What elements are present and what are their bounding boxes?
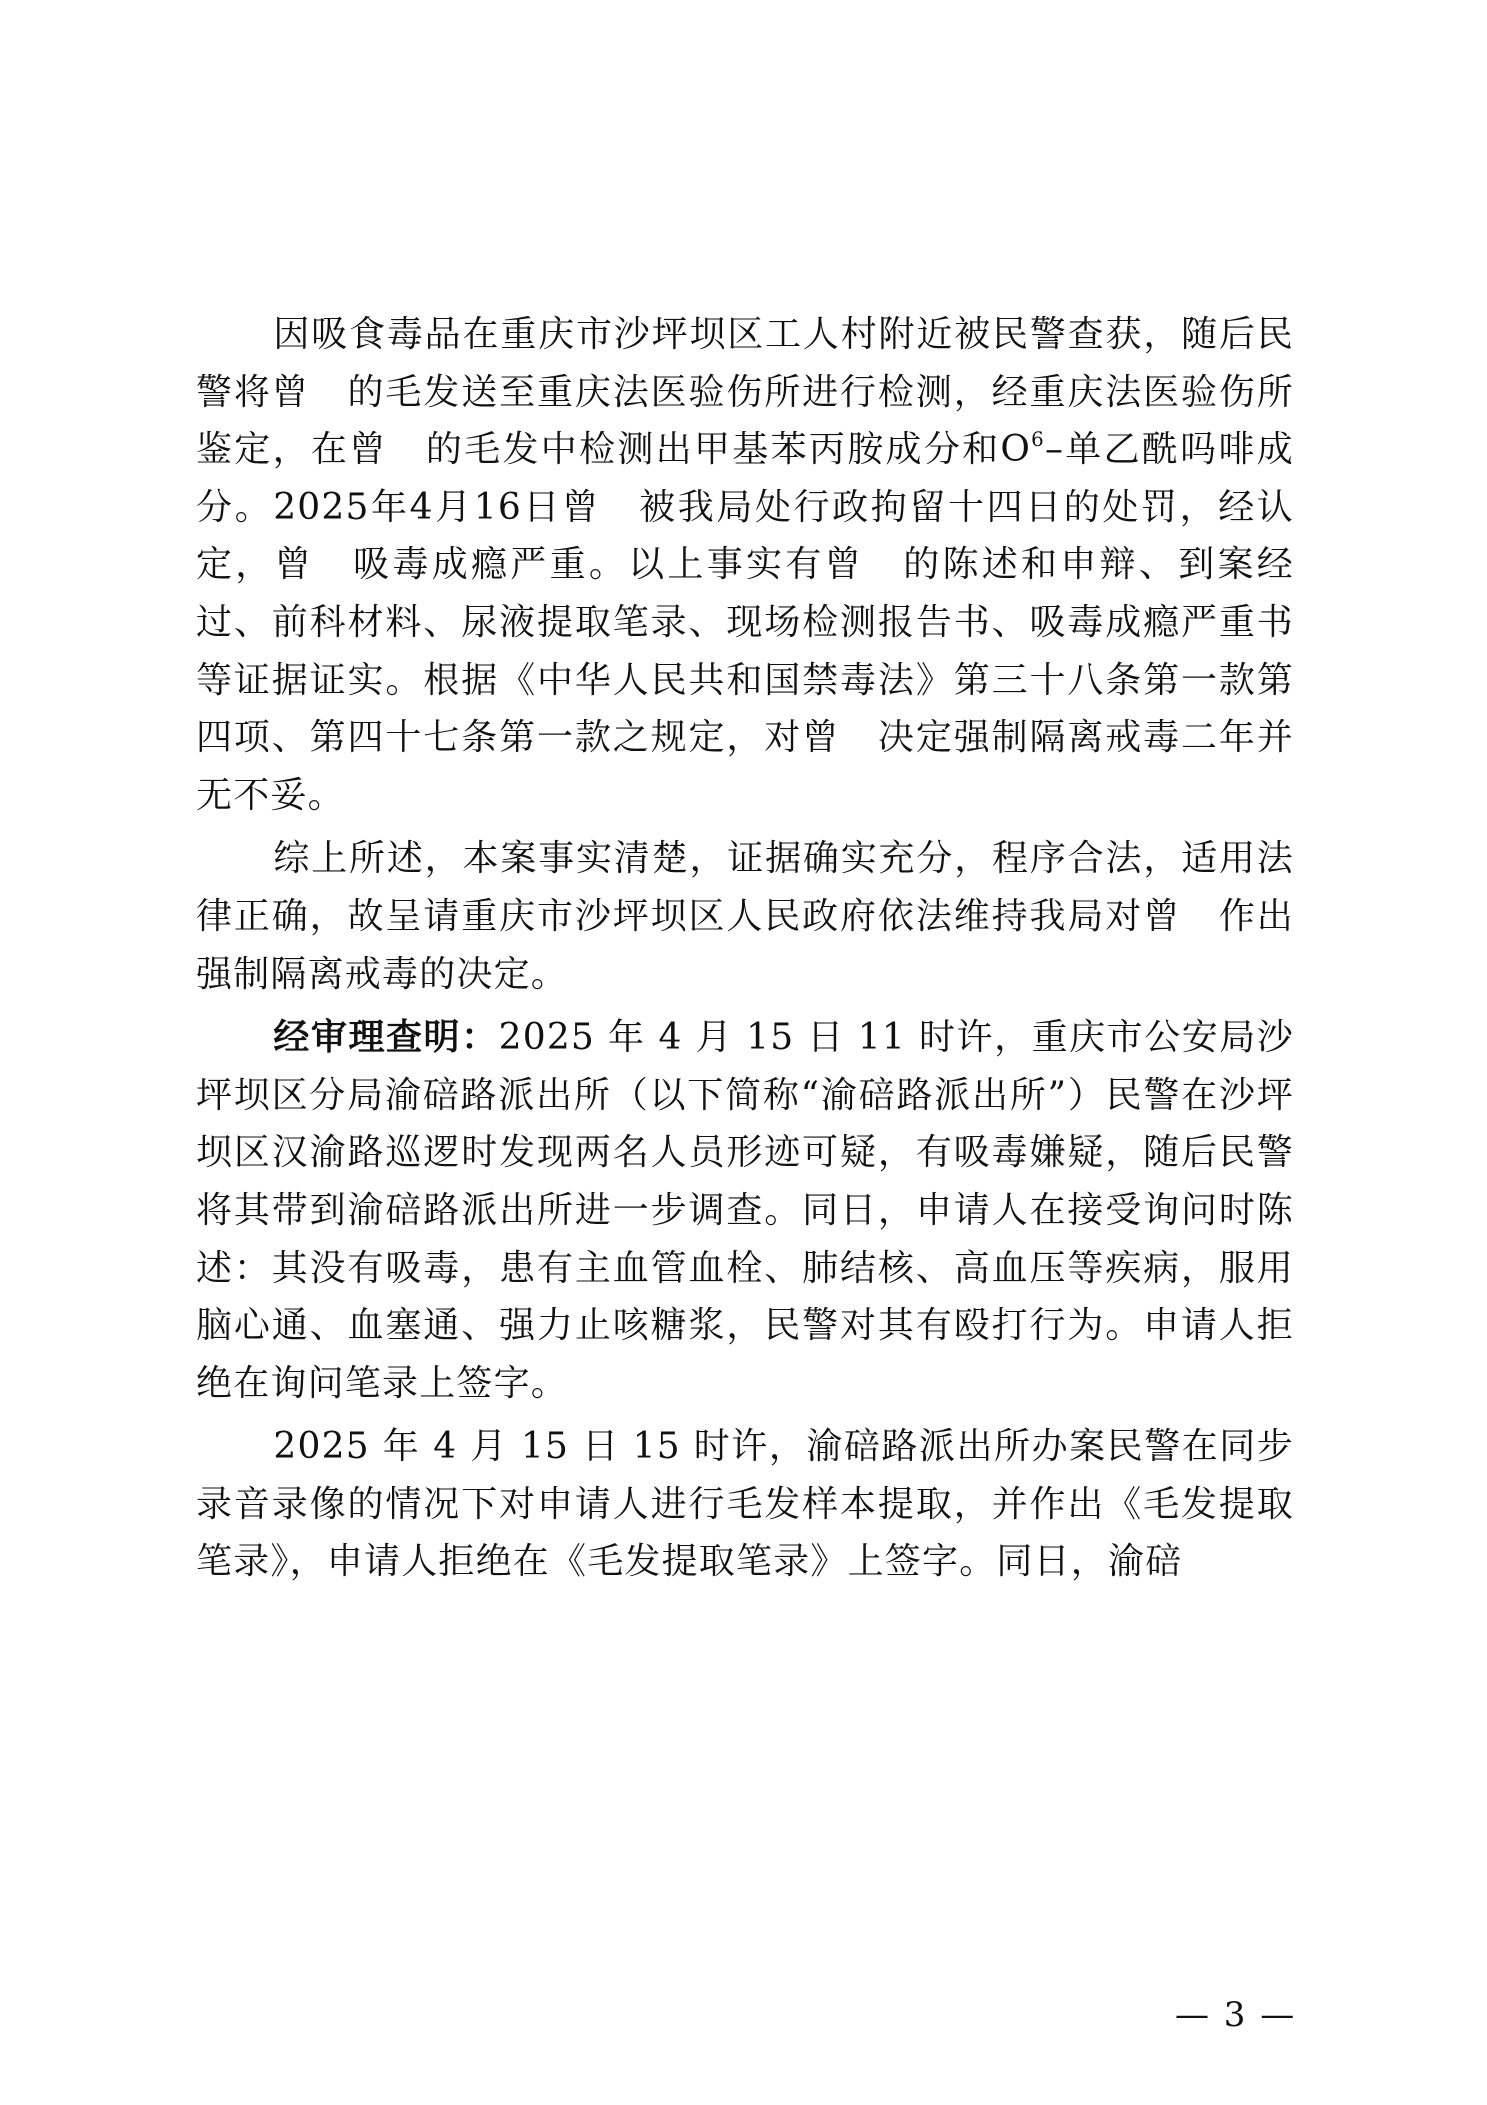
paragraph-text: 2025 年 4 月 15 日 15 时许，渝碚路派出所办案民警在同步录音录像的… xyxy=(196,1426,1294,1582)
document-page: 因吸食毒品在重庆市沙坪坝区工人村附近被民警查获，随后民警将曾 的毛发送至重庆法医… xyxy=(0,0,1487,2105)
paragraph-text: 综上所述，本案事实清楚，证据确实充分，程序合法，适用法律正确，故呈请重庆市沙坪坝… xyxy=(196,838,1294,994)
findings-heading: 经审理查明： xyxy=(273,1017,498,1058)
paragraph-findings: 经审理查明：2025 年 4 月 15 日 11 时许，重庆市公安局沙坪坝区分局… xyxy=(196,1009,1294,1412)
paragraph-hair-sample: 2025 年 4 月 15 日 15 时许，渝碚路派出所办案民警在同步录音录像的… xyxy=(196,1418,1294,1591)
document-body: 因吸食毒品在重庆市沙坪坝区工人村附近被民警查获，随后民警将曾 的毛发送至重庆法医… xyxy=(196,306,1294,1597)
paragraph-conclusion: 综上所述，本案事实清楚，证据确实充分，程序合法，适用法律正确，故呈请重庆市沙坪坝… xyxy=(196,830,1294,1003)
superscript: 6 xyxy=(1031,428,1045,451)
paragraph-text: 2025 年 4 月 15 日 11 时许，重庆市公安局沙坪坝区分局渝碚路派出所… xyxy=(196,1017,1294,1404)
paragraph-evidence-summary: 因吸食毒品在重庆市沙坪坝区工人村附近被民警查获，随后民警将曾 的毛发送至重庆法医… xyxy=(196,306,1294,824)
paragraph-text: –单乙酰吗啡成分。2025年4月16日曾 被我局处行政拘留十四日的处罚，经认定，… xyxy=(196,429,1294,816)
page-number: — 3 — xyxy=(1175,1995,1296,2035)
